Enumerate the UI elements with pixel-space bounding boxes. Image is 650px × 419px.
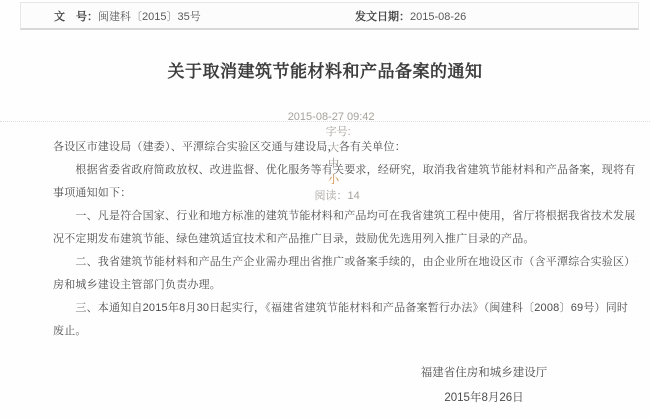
dotted-divider xyxy=(0,121,650,122)
doc-number: 文 号：闽建科〔2015〕35号 xyxy=(54,8,201,24)
body-line: 况不定期发布建筑节能、绿色建筑适宜技术和产品推广目录，鼓励优先选用列入推广目录的… xyxy=(53,228,636,251)
doc-number-value: 闽建科〔2015〕35号 xyxy=(98,11,201,23)
body-line: 各设区市建设局（建委）、平潭综合实验区交通与建设局，各有关单位： xyxy=(53,136,636,159)
signature-block: 福建省住房和城乡建设厅 2015年8月26日 xyxy=(394,361,574,411)
body-line: 二、我省建筑节能材料和产品生产企业需办理出省推广或备案手续的，由企业所在地设区市… xyxy=(53,251,636,274)
issue-date: 发文日期：2015-08-26 xyxy=(355,8,466,24)
page-title: 关于取消建筑节能材料和产品备案的通知 xyxy=(0,57,650,82)
body-line: 三、本通知自2015年8月30日起实行，《福建省建筑节能材料和产品备案暂行办法》… xyxy=(53,297,636,320)
issue-date-label: 发文日期： xyxy=(355,11,410,23)
doc-number-label: 文 号： xyxy=(54,11,98,23)
document-info-bar: 文 号：闽建科〔2015〕35号 发文日期：2015-08-26 xyxy=(20,2,639,30)
body-line: 房和城乡建设主管部门负责办理。 xyxy=(53,274,636,297)
body-line: 事项通知如下： xyxy=(53,182,636,205)
signature-date: 2015年8月26日 xyxy=(394,386,574,411)
issue-date-value: 2015-08-26 xyxy=(410,11,466,23)
body-line: 根据省委省政府简政放权、改进监督、优化服务等有关要求，经研究，取消我省建筑节能材… xyxy=(53,159,636,182)
body-line: 废止。 xyxy=(53,320,636,343)
signature-issuer: 福建省住房和城乡建设厅 xyxy=(394,361,574,386)
notice-page: 文 号：闽建科〔2015〕35号 发文日期：2015-08-26 关于取消建筑节… xyxy=(0,0,650,419)
body-line: 一、凡是符合国家、行业和地方标准的建筑节能材料和产品均可在我省建筑工程中使用，省… xyxy=(53,205,636,228)
document-body: 各设区市建设局（建委）、平潭综合实验区交通与建设局，各有关单位： 根据省委省政府… xyxy=(53,136,636,343)
